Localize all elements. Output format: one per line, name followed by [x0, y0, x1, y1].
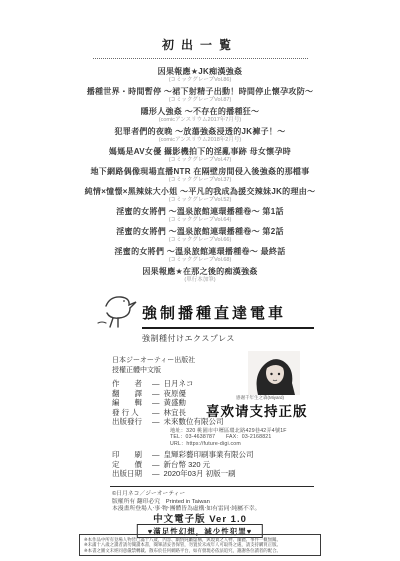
- chapter-item: 純情×憧憬×黑辣妹大小姐 〜平凡的我成為援交辣妹JK的理由〜 (コミックグレープ…: [0, 187, 400, 204]
- license-line: 日本ジーオーティー出版社: [112, 356, 195, 366]
- mascot-illustration: [248, 351, 300, 395]
- chapter-source: (comicアンスリウム2017年7月号): [0, 117, 400, 124]
- credit-label: 印 刷: [112, 450, 150, 460]
- chapter-item: 地下網路偶像現場直播NTR 在隔壁房間侵入後強姦的那檔事 (コミックグレープVo…: [0, 167, 400, 184]
- publisher-url: URL：https://future-digi.com: [170, 441, 312, 448]
- credit-value: 日月ネコ: [164, 379, 194, 388]
- credit-value: 林宜長: [164, 408, 187, 417]
- chapter-title: 淫蜜的女將們 〜溫泉旅館連環播種卷〜 最終話: [0, 247, 400, 257]
- chapter-title: 因果報應★JK痴漢強姦: [0, 67, 400, 77]
- credit-dash: —: [152, 379, 160, 389]
- dotted-divider: [93, 58, 308, 59]
- license-line: 授權正體中文版: [112, 366, 195, 376]
- publisher-tel-fax: TEL：03-4638787 FAX：03-2168821: [170, 434, 312, 441]
- chapter-title: 淫蜜的女將們 〜溫泉旅館連環播種卷〜 第2話: [0, 227, 400, 237]
- credit-label: 編 輯: [112, 398, 150, 408]
- chapter-title: 純情×憧憬×黑辣妹大小姐 〜平凡的我成為援交辣妹JK的理由〜: [0, 187, 400, 197]
- credit-label: 翻 譯: [112, 389, 150, 399]
- credit-label: 出版發行: [112, 417, 150, 427]
- chapter-item: 播種世界・時間暫停 〜裙下射精子出動！時間停止懷孕攻防〜 (コミックグレープVo…: [0, 87, 400, 104]
- chapter-source: (コミックグレープVol.47): [0, 157, 400, 164]
- chapter-source: (コミックグレープVol.64): [0, 217, 400, 224]
- credit-dash: —: [152, 460, 160, 470]
- first-print-title: 初出一覧: [0, 36, 400, 53]
- credit-dash: —: [152, 450, 160, 460]
- chapter-item: 淫蜜的女將們 〜溫泉旅館連環播種卷〜 最終話 (コミックグレープVol.68): [0, 247, 400, 264]
- chapter-source: (コミックグレープVol.37): [0, 177, 400, 184]
- book-subtitle-japanese: 強制種付けエクスプレス: [142, 333, 314, 344]
- credit-value: 新台幣 320 元: [164, 460, 211, 469]
- credit-value: 皇輝彩藝印刷事業有限公司: [164, 450, 254, 459]
- chapter-item: 淫蜜的女將們 〜溫泉旅館連環播種卷〜 第1話 (コミックグレープVol.64): [0, 207, 400, 224]
- credit-value: 黃盛勳: [164, 398, 187, 407]
- support-official-slogan: 喜欢请支持正版: [206, 400, 308, 420]
- fine-print-line: ※本書之圖文未經同意嚴禁轉載、散布於任何網路平台，如有發現必依法追究，謝謝各位讀…: [84, 548, 316, 553]
- chapter-item: 淫蜜的女將們 〜溫泉旅館連環播種卷〜 第2話 (コミックグレープVol.66): [0, 227, 400, 244]
- publisher-details: 地址：320 桃園市中壢區環北路429巷42弄4號1F TEL：03-46387…: [170, 428, 312, 448]
- book-title-block: 強制播種直達電車 強制種付けエクスプレス: [96, 292, 314, 344]
- chapter-title: 因果報應★在那之後的痴漢強姦: [0, 267, 400, 277]
- chapter-source: (コミックグレープVol.86): [0, 77, 400, 84]
- chapter-title: 隱形人強姦 〜不存在的播種狂〜: [0, 107, 400, 117]
- credit-dash: —: [152, 417, 160, 427]
- credit-label: 作 者: [112, 379, 150, 389]
- chapter-item: 因果報應★JK痴漢強姦 (コミックグレープVol.86): [0, 67, 400, 84]
- book-title-column: 強制播種直達電車 強制種付けエクスプレス: [142, 292, 314, 344]
- chapter-item: 因果報應★在那之後的痴漢強姦 (單行本加筆): [0, 267, 400, 284]
- credit-dash: —: [152, 408, 160, 418]
- credit-dash: —: [152, 398, 160, 408]
- stork-logo-icon: [96, 290, 138, 330]
- chapter-title: 犯罪者們的夜晚 〜放蕩強姦浸透的JK褲子！〜: [0, 127, 400, 137]
- chapter-source: (コミックグレープVol.52): [0, 197, 400, 204]
- chapter-item: 媽媽是AV女優 攝影機拍下的淫亂事跡 母女懷孕時 (コミックグレープVol.47…: [0, 147, 400, 164]
- chapter-title: 地下網路偶像現場直播NTR 在隔壁房間侵入後強姦的那檔事: [0, 167, 400, 177]
- chapter-title: 媽媽是AV女優 攝影機拍下的淫亂事跡 母女懷孕時: [0, 147, 400, 157]
- copyright-line: ©日月ネコ／ジーオーティー: [112, 491, 260, 499]
- fine-print-box: ※本作品中所有登場人物皆已滿十八歲，內容、劇情純屬虛構，與現實之人物、團體、事件…: [79, 534, 321, 556]
- chapter-source: (コミックグレープVol.66): [0, 237, 400, 244]
- chapter-item: 隱形人強姦 〜不存在的播種狂〜 (comicアンスリウム2017年7月号): [0, 107, 400, 124]
- chapter-item: 犯罪者們的夜晚 〜放蕩強姦浸透的JK褲子！〜 (comicアンスリウム2018年…: [0, 127, 400, 144]
- license-block: 日本ジーオーティー出版社 授權正體中文版: [112, 356, 195, 375]
- chapter-source: (コミックグレープVol.68): [0, 257, 400, 264]
- version-line: 中文電子版 Ver 1.0: [0, 511, 400, 525]
- chapter-source: (單行本加筆): [0, 277, 400, 284]
- credit-dash: —: [152, 389, 160, 399]
- footer-divider: [110, 486, 314, 487]
- credit-value: 夜原優: [164, 389, 187, 398]
- first-print-section: 初出一覧 因果報應★JK痴漢強姦 (コミックグレープVol.86) 播種世界・時…: [0, 36, 400, 287]
- credit-row-price: 定 價—新台幣 320 元: [112, 460, 312, 470]
- credit-label: 定 價: [112, 460, 150, 470]
- chapter-source: (コミックグレープVol.87): [0, 97, 400, 104]
- publisher-address: 地址：320 桃園市中壢區環北路429巷42弄4號1F: [170, 428, 312, 435]
- chapter-title: 播種世界・時間暫停 〜裙下射精子出動！時間停止懷孕攻防〜: [0, 87, 400, 97]
- book-title: 強制播種直達電車: [142, 292, 314, 329]
- credit-row-printer: 印 刷—皇輝彩藝印刷事業有限公司: [112, 450, 312, 460]
- credit-label: 出版日期: [112, 469, 150, 479]
- colophon-page: 初出一覧 因果報應★JK痴漢強姦 (コミックグレープVol.86) 播種世界・時…: [0, 0, 400, 561]
- credit-dash: —: [152, 469, 160, 479]
- credit-row-publish-date: 出版日期—2020年03月 初版一刷: [112, 469, 312, 479]
- chapter-source: (comicアンスリウム2018年2月号): [0, 137, 400, 144]
- credit-value: 2020年03月 初版一刷: [164, 469, 236, 478]
- chapter-title: 淫蜜的女將們 〜溫泉旅館連環播種卷〜 第1話: [0, 207, 400, 217]
- credit-label: 發 行 人: [112, 408, 150, 418]
